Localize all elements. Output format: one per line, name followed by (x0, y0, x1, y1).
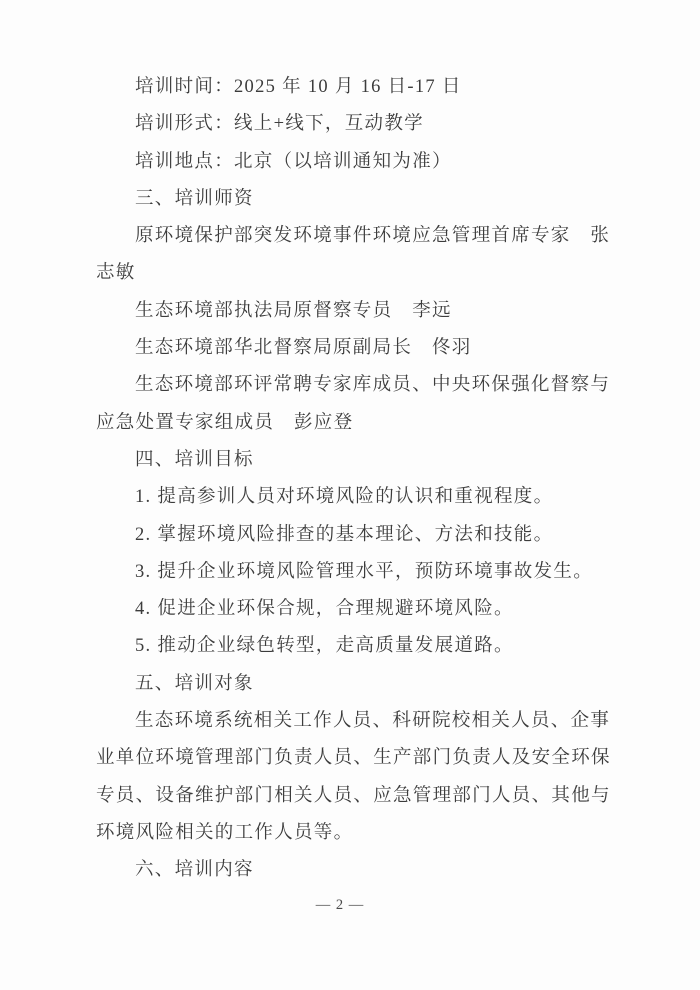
document-line: 志敏 (96, 255, 608, 292)
document-line: 应急处置专家组成员 彭应登 (96, 405, 608, 442)
document-line: 专员、设备维护部门相关人员、应急管理部门人员、其他与 (96, 778, 608, 815)
document-line: 5. 推动企业绿色转型，走高质量发展道路。 (96, 628, 608, 665)
document-line: 生态环境部华北督察局原副局长 佟羽 (96, 330, 608, 367)
section-heading: 三、培训师资 (96, 181, 608, 218)
section-heading: 六、培训内容 (96, 852, 608, 889)
section-heading: 五、培训对象 (96, 666, 608, 703)
document-line: 业单位环境管理部门负责人员、生产部门负责人及安全环保 (96, 740, 608, 777)
document-line: 2. 掌握环境风险排查的基本理论、方法和技能。 (96, 517, 608, 554)
document-line: 培训时间：2025 年 10 月 16 日-17 日 (96, 69, 608, 106)
document-line: 培训形式：线上+线下，互动教学 (96, 106, 608, 143)
page-number: — 2 — (0, 897, 680, 914)
document-line: 培训地点：北京（以培训通知为准） (96, 144, 608, 181)
document-line: 生态环境部环评常聘专家库成员、中央环保强化督察与 (96, 367, 608, 404)
document-line: 生态环境系统相关工作人员、科研院校相关人员、企事 (96, 703, 608, 740)
document-body: 培训时间：2025 年 10 月 16 日-17 日培训形式：线上+线下，互动教… (96, 69, 608, 890)
document-line: 生态环境部执法局原督察专员 李远 (96, 293, 608, 330)
document-line: 4. 促进企业环保合规，合理规避环境风险。 (96, 591, 608, 628)
document-page: 培训时间：2025 年 10 月 16 日-17 日培训形式：线上+线下，互动教… (0, 0, 700, 990)
document-line: 原环境保护部突发环境事件环境应急管理首席专家 张 (96, 218, 608, 255)
document-line: 1. 提高参训人员对环境风险的认识和重视程度。 (96, 479, 608, 516)
document-line: 3. 提升企业环境风险管理水平，预防环境事故发生。 (96, 554, 608, 591)
section-heading: 四、培训目标 (96, 442, 608, 479)
document-line: 环境风险相关的工作人员等。 (96, 815, 608, 852)
